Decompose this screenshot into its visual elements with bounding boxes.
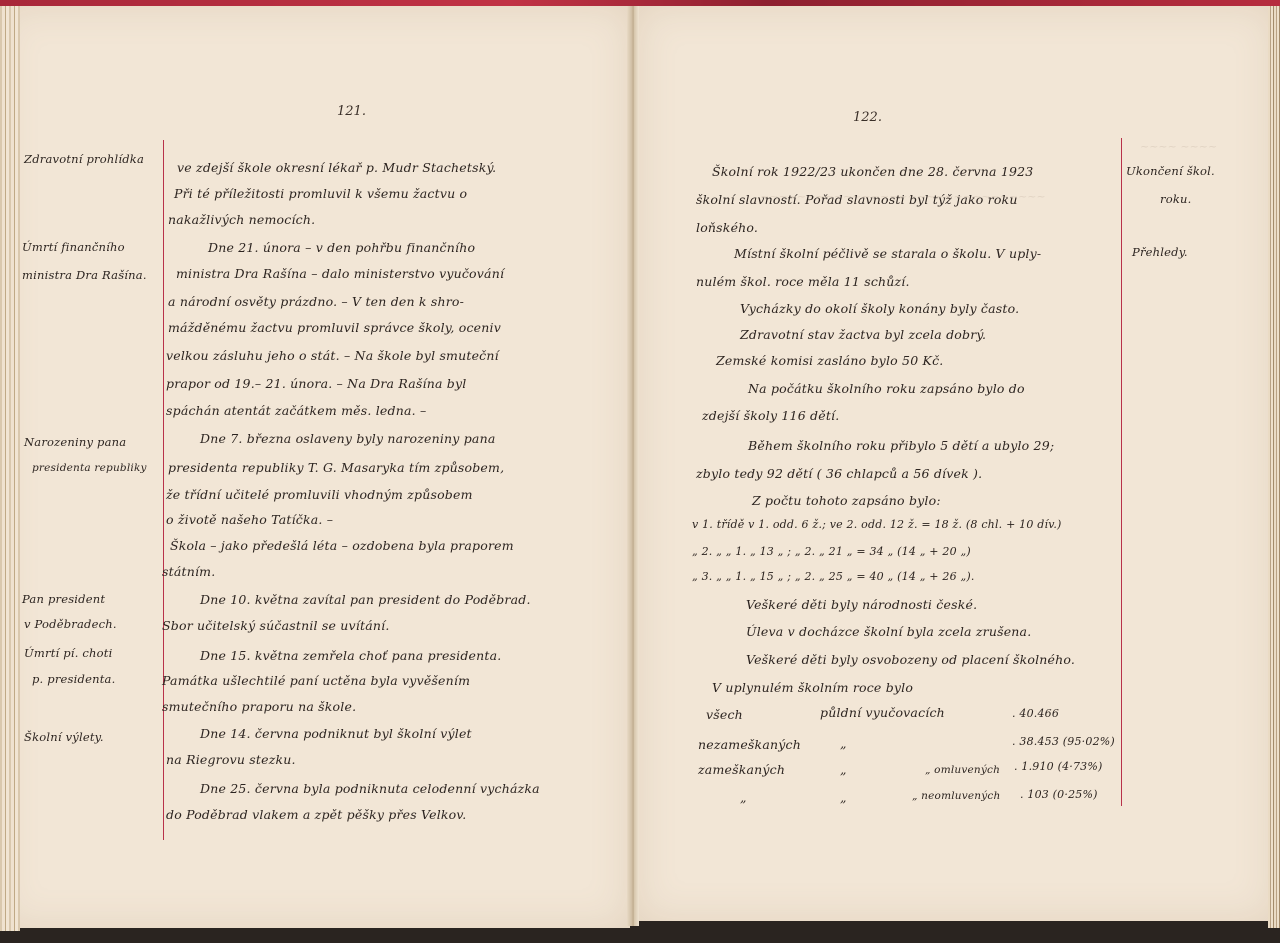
text-line: Veškeré děti byly osvobozeny od placení …	[746, 652, 1075, 667]
margin-note: Narozeniny pana	[24, 435, 126, 449]
text-line: Sbor učitelský súčastnil se uvítání.	[162, 618, 390, 633]
text-line: ministra Dra Rašína – dalo ministerstvo …	[176, 266, 504, 281]
attendance-value: . 1.910 (4·73%)	[1014, 760, 1103, 773]
text-line: Na počátku školního roku zapsáno bylo do	[748, 381, 1025, 396]
text-line: Dne 21. února – v den pohřbu finančního	[208, 240, 475, 255]
text-line: Při té příležitosti promluvil k všemu ža…	[174, 186, 467, 201]
margin-note: Školní výlety.	[24, 730, 104, 744]
text-line: mážděnému žactvu promluvil správce školy…	[168, 320, 501, 335]
text-line: prapor od 19.– 21. února. – Na Dra Rašín…	[166, 376, 466, 391]
text-line: Místní školní péčlivě se starala o školu…	[734, 246, 1041, 261]
text-line: Školní rok 1922/23 ukončen dne 28. červn…	[712, 164, 1033, 179]
attendance-mid: „	[840, 736, 847, 751]
margin-note: Úmrtí pí. choti	[24, 646, 112, 660]
text-line: o životě našeho Tatíčka. –	[166, 512, 333, 527]
text-line: Dne 14. června podniknut byl školní výle…	[200, 726, 472, 741]
page-number-left: 121.	[337, 104, 366, 119]
text-line: ve zdejší škole okresní lékař p. Mudr St…	[177, 160, 496, 175]
text-line: nakažlivých nemocích.	[168, 212, 315, 227]
margin-note: v Poděbradech.	[24, 617, 117, 631]
text-line: velkou zásluhu jeho o stát. – Na škole b…	[166, 348, 499, 363]
text-line: Památka ušlechtilé paní uctěna byla vyvě…	[162, 673, 470, 688]
attendance-mid: „	[840, 762, 847, 777]
attendance-sub: „ neomluvených	[912, 790, 1000, 802]
text-line: spáchán atentát začátkem měs. ledna. –	[166, 403, 426, 418]
margin-note: Zdravotní prohlídka	[24, 152, 144, 166]
text-line: Z počtu tohoto zapsáno bylo:	[752, 493, 941, 508]
margin-note: Úmrtí finančního	[22, 240, 125, 254]
text-line: v 1. třídě v 1. odd. 6 ž.; ve 2. odd. 12…	[692, 518, 1062, 531]
text-line: Dne 10. května zavítal pan president do …	[200, 592, 531, 607]
bleed-through-text: ~~~~ ~~~~	[1140, 140, 1217, 153]
attendance-label: „	[740, 790, 747, 805]
text-line: presidenta republiky T. G. Masaryka tím …	[168, 460, 504, 475]
text-line: Dne 25. června byla podniknuta celodenní…	[200, 781, 540, 796]
text-line: Škola – jako předešlá léta – ozdobena by…	[170, 538, 514, 553]
text-line: Dne 7. března oslaveny byly narozeniny p…	[200, 431, 496, 446]
attendance-label: nezameškaných	[698, 737, 801, 752]
page-number-right: 122.	[853, 110, 882, 125]
attendance-value: . 103 (0·25%)	[1020, 788, 1098, 801]
attendance-sub: „ omluvených	[925, 764, 1000, 776]
text-line: státním.	[162, 564, 215, 579]
margin-note: p. presidenta.	[32, 672, 115, 686]
attendance-value: . 38.453 (95·02%)	[1012, 735, 1115, 748]
attendance-mid: půldní vyučovacích	[820, 705, 945, 720]
text-line: na Riegrovu stezku.	[166, 752, 296, 767]
text-line: zbylo tedy 92 dětí ( 36 chlapců a 56 dív…	[696, 466, 982, 481]
margin-note: Přehledy.	[1132, 245, 1188, 259]
text-line: nulém škol. roce měla 11 schůzí.	[696, 274, 910, 289]
text-line: Dne 15. května zemřela choť pana preside…	[200, 648, 501, 663]
text-line: Úleva v docházce školní byla zcela zruše…	[746, 624, 1031, 639]
margin-note: Ukončení škol.	[1126, 164, 1215, 178]
text-line: že třídní učitelé promluvili vhodným způ…	[166, 487, 473, 502]
text-line: „ 3. „ „ 1. „ 15 „ ; „ 2. „ 25 „ = 40 „ …	[692, 570, 975, 583]
text-line: Zemské komisi zasláno bylo 50 Kč.	[716, 353, 943, 368]
margin-note: ministra Dra Rašína.	[22, 268, 147, 282]
text-line: smutečního praporu na škole.	[162, 699, 356, 714]
text-line: a národní osvěty prázdno. – V ten den k …	[168, 294, 464, 309]
margin-note: roku.	[1160, 192, 1191, 206]
text-line: „ 2. „ „ 1. „ 13 „ ; „ 2. „ 21 „ = 34 „ …	[692, 545, 971, 558]
text-line: Zdravotní stav žactva byl zcela dobrý.	[740, 327, 986, 342]
attendance-mid: „	[840, 790, 847, 805]
text-line: Veškeré děti byly národnosti české.	[746, 597, 977, 612]
margin-note: Pan president	[22, 592, 105, 606]
left-page-edges	[0, 6, 20, 931]
margin-rule-right	[1121, 138, 1122, 806]
margin-rule-left	[163, 140, 164, 840]
text-line: do Poděbrad vlakem a zpět pěšky přes Vel…	[166, 807, 466, 822]
text-line: Během školního roku přibylo 5 dětí a uby…	[748, 438, 1054, 453]
margin-note: presidenta republiky	[32, 462, 147, 474]
right-page-edges	[1268, 6, 1280, 928]
attendance-value: . 40.466	[1012, 707, 1059, 720]
attendance-label: zameškaných	[698, 762, 785, 777]
book-spine-gutter	[627, 6, 639, 926]
text-line: loňského.	[696, 220, 758, 235]
text-line: Vycházky do okolí školy konány byly čast…	[740, 301, 1019, 316]
attendance-label: všech	[706, 707, 743, 722]
text-line: školní slavností. Pořad slavnosti byl tý…	[696, 192, 1018, 207]
text-line: V uplynulém školním roce bylo	[712, 680, 913, 695]
text-line: zdejší školy 116 dětí.	[702, 408, 839, 423]
